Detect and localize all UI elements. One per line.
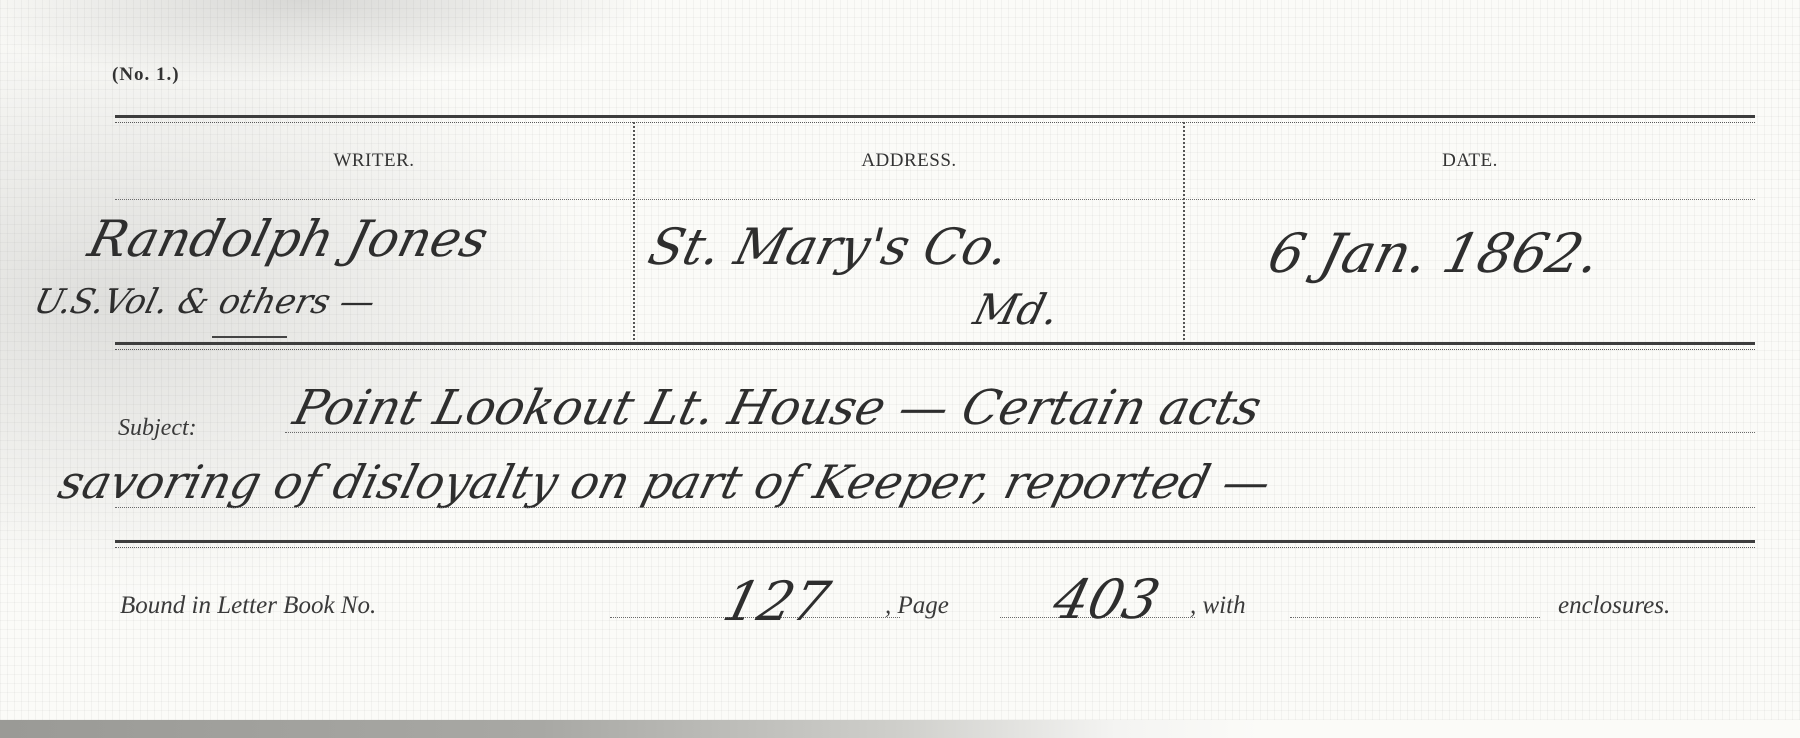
date-value: 6 Jan. 1862. [1262, 222, 1607, 285]
subject-line-1-rule [285, 432, 1755, 433]
bound-label: Bound in Letter Book No. [120, 592, 376, 620]
subject-line-2: savoring of disloyalty on part of Keeper… [53, 455, 1276, 509]
address-state: Md. [969, 285, 1064, 334]
table-bottom-rule [115, 342, 1755, 345]
header-writer: WRITER. [115, 150, 633, 172]
table-top-rule [115, 115, 1755, 118]
page-label: , Page [885, 592, 949, 620]
subject-line-1: Point Lookout Lt. House — Certain acts [288, 380, 1267, 436]
enclosures-label: enclosures. [1558, 592, 1670, 620]
subject-line-2-rule [115, 507, 1755, 508]
subject-bottom-rule [115, 540, 1755, 543]
header-date: DATE. [1185, 150, 1755, 172]
header-address: ADDRESS. [635, 150, 1183, 172]
page-number: 403 [1047, 568, 1166, 631]
header-body-divider [115, 199, 1755, 200]
writer-name: Randolph Jones [83, 210, 494, 268]
writer-underline [212, 336, 287, 338]
subject-label: Subject: [118, 415, 197, 442]
address-county: St. Mary's Co. [643, 218, 1015, 276]
enclosures-rule [1290, 617, 1540, 618]
book-number: 127 [717, 570, 836, 633]
paper-background [0, 0, 1800, 738]
scan-shadow-band [0, 720, 1800, 738]
with-label: , with [1190, 592, 1246, 620]
form-number: (No. 1.) [112, 64, 180, 86]
writer-affiliation: U.S.Vol. & others — [30, 282, 379, 322]
